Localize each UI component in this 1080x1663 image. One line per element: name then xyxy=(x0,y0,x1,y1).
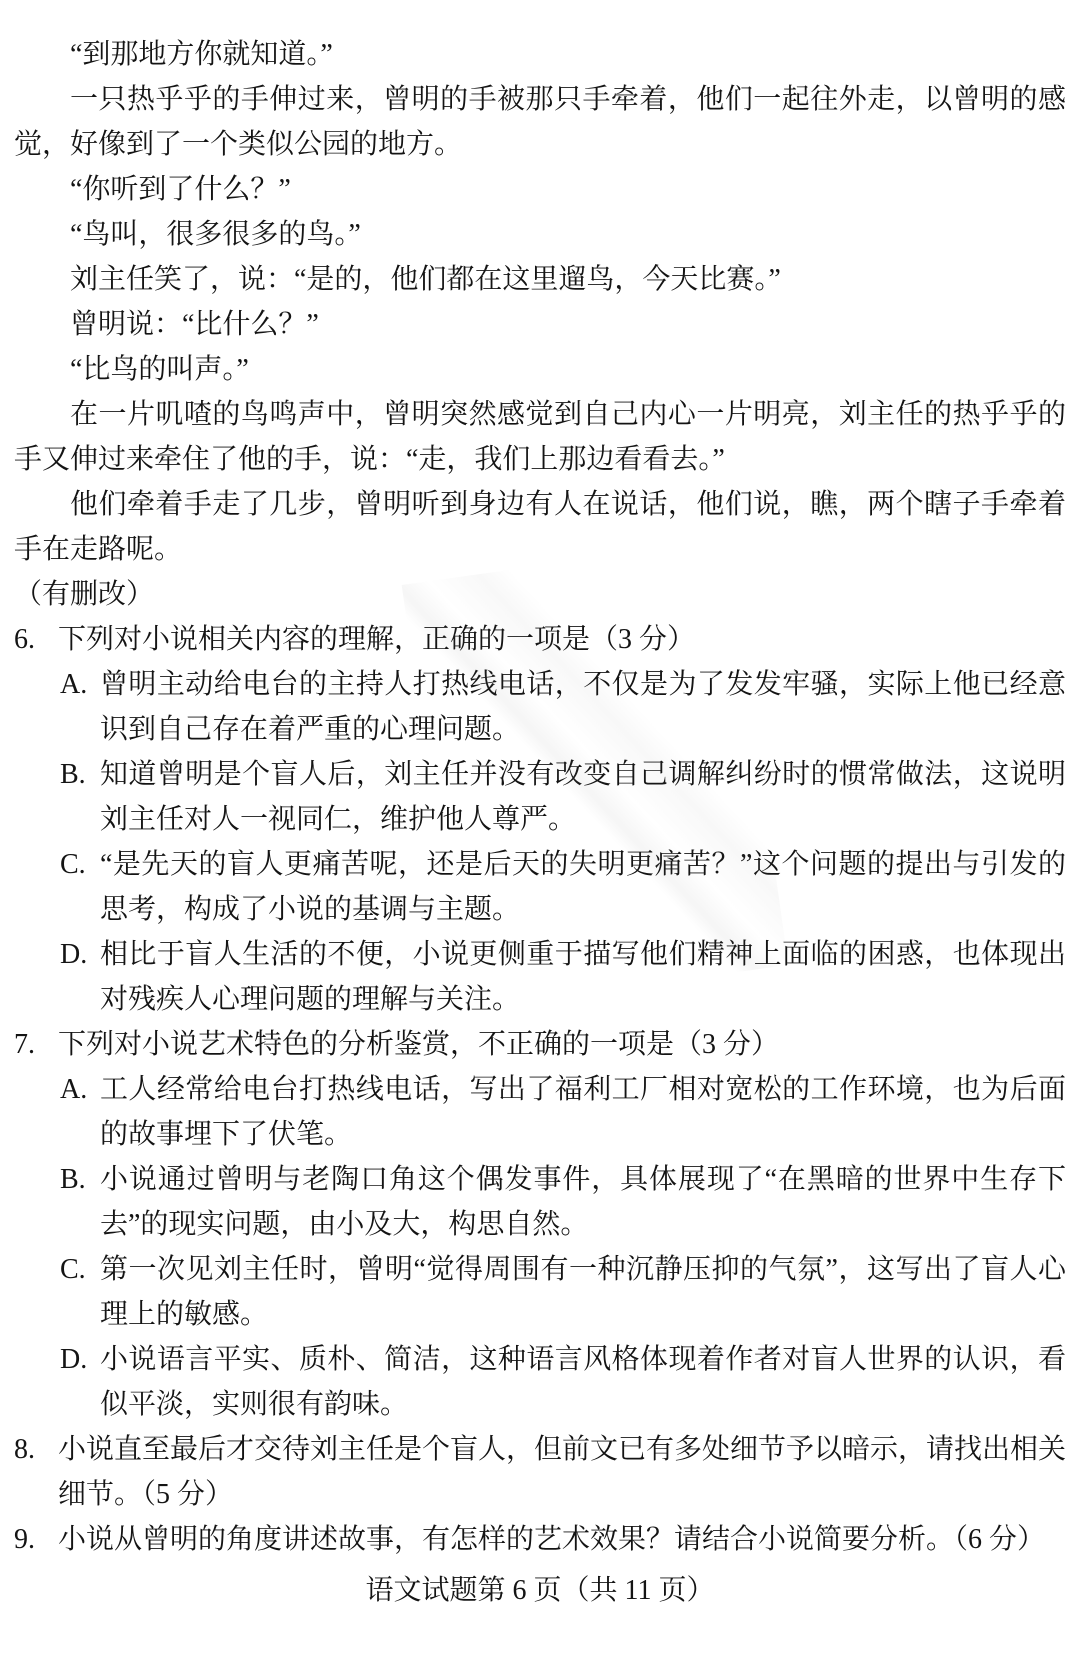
option-a: A. 曾明主动给电台的主持人打热线电话，不仅是为了发发牢骚，实际上他已经意识到自… xyxy=(60,662,1066,752)
option-d: D. 小说语言平实、质朴、简洁，这种语言风格体现着作者对盲人世界的认识，看似平淡… xyxy=(60,1337,1066,1427)
question-stem: 小说从曾明的角度讲述故事，有怎样的艺术效果？请结合小说简要分析。（6 分） xyxy=(58,1517,1066,1562)
option-text: 小说语言平实、质朴、简洁，这种语言风格体现着作者对盲人世界的认识，看似平淡，实则… xyxy=(100,1337,1066,1427)
question-stem: 小说直至最后才交待刘主任是个盲人，但前文已有多处细节予以暗示，请找出相关细节。（… xyxy=(58,1427,1066,1517)
option-text: 相比于盲人生活的不便，小说更侧重于描写他们精神上面临的困惑，也体现出对残疾人心理… xyxy=(100,932,1066,1022)
option-label: C. xyxy=(60,1247,100,1292)
question-stem: 下列对小说相关内容的理解，正确的一项是（3 分） xyxy=(58,617,1066,662)
passage-attribution: （有删改） xyxy=(14,572,1066,617)
question-6: 6. 下列对小说相关内容的理解，正确的一项是（3 分） A. 曾明主动给电台的主… xyxy=(14,617,1066,1022)
question-number: 9. xyxy=(14,1517,58,1562)
option-c: C. “是先天的盲人更痛苦呢，还是后天的失明更痛苦？”这个问题的提出与引发的思考… xyxy=(60,842,1066,932)
option-text: 曾明主动给电台的主持人打热线电话，不仅是为了发发牢骚，实际上他已经意识到自己存在… xyxy=(100,662,1066,752)
question-9: 9. 小说从曾明的角度讲述故事，有怎样的艺术效果？请结合小说简要分析。（6 分） xyxy=(14,1517,1066,1562)
question-number: 6. xyxy=(14,617,58,662)
passage-paragraph: 一只热乎乎的手伸过来，曾明的手被那只手牵着，他们一起往外走，以曾明的感觉，好像到… xyxy=(14,77,1066,167)
option-label: A. xyxy=(60,662,100,707)
option-text: 知道曾明是个盲人后，刘主任并没有改变自己调解纠纷时的惯常做法，这说明刘主任对人一… xyxy=(100,752,1066,842)
passage-paragraph: “你听到了什么？” xyxy=(14,167,1066,212)
option-text: 小说通过曾明与老陶口角这个偶发事件，具体展现了“在黑暗的世界中生存下去”的现实问… xyxy=(100,1157,1066,1247)
question-stem: 下列对小说艺术特色的分析鉴赏，不正确的一项是（3 分） xyxy=(58,1022,1066,1067)
question-8: 8. 小说直至最后才交待刘主任是个盲人，但前文已有多处细节予以暗示，请找出相关细… xyxy=(14,1427,1066,1517)
option-label: C. xyxy=(60,842,100,887)
option-text: “是先天的盲人更痛苦呢，还是后天的失明更痛苦？”这个问题的提出与引发的思考，构成… xyxy=(100,842,1066,932)
page-footer: 语文试题第 6 页（共 11 页） xyxy=(14,1568,1066,1613)
question-7: 7. 下列对小说艺术特色的分析鉴赏，不正确的一项是（3 分） A. 工人经常给电… xyxy=(14,1022,1066,1427)
passage-paragraph: “鸟叫，很多很多的鸟。” xyxy=(14,212,1066,257)
option-text: 第一次见刘主任时，曾明“觉得周围有一种沉静压抑的气氛”，这写出了盲人心理上的敏感… xyxy=(100,1247,1066,1337)
option-label: A. xyxy=(60,1067,100,1112)
option-label: D. xyxy=(60,932,100,977)
passage-paragraph: “比鸟的叫声。” xyxy=(14,347,1066,392)
exam-page: “到那地方你就知道。” 一只热乎乎的手伸过来，曾明的手被那只手牵着，他们一起往外… xyxy=(0,0,1080,1613)
option-a: A. 工人经常给电台打热线电话，写出了福利工厂相对宽松的工作环境，也为后面的故事… xyxy=(60,1067,1066,1157)
passage-paragraph: “到那地方你就知道。” xyxy=(14,32,1066,77)
option-label: B. xyxy=(60,1157,100,1202)
passage-paragraph: 他们牵着手走了几步，曾明听到身边有人在说话，他们说，瞧，两个瞎子手牵着手在走路呢… xyxy=(14,482,1066,572)
passage-paragraph: 在一片叽喳的鸟鸣声中，曾明突然感觉到自己内心一片明亮，刘主任的热乎乎的手又伸过来… xyxy=(14,392,1066,482)
passage-paragraph: 曾明说：“比什么？” xyxy=(14,302,1066,347)
reading-passage: “到那地方你就知道。” 一只热乎乎的手伸过来，曾明的手被那只手牵着，他们一起往外… xyxy=(14,32,1066,617)
passage-paragraph: 刘主任笑了，说：“是的，他们都在这里遛鸟，今天比赛。” xyxy=(14,257,1066,302)
option-d: D. 相比于盲人生活的不便，小说更侧重于描写他们精神上面临的困惑，也体现出对残疾… xyxy=(60,932,1066,1022)
option-b: B. 知道曾明是个盲人后，刘主任并没有改变自己调解纠纷时的惯常做法，这说明刘主任… xyxy=(60,752,1066,842)
option-b: B. 小说通过曾明与老陶口角这个偶发事件，具体展现了“在黑暗的世界中生存下去”的… xyxy=(60,1157,1066,1247)
option-label: B. xyxy=(60,752,100,797)
option-c: C. 第一次见刘主任时，曾明“觉得周围有一种沉静压抑的气氛”，这写出了盲人心理上… xyxy=(60,1247,1066,1337)
option-label: D. xyxy=(60,1337,100,1382)
question-number: 8. xyxy=(14,1427,58,1472)
option-text: 工人经常给电台打热线电话，写出了福利工厂相对宽松的工作环境，也为后面的故事埋下了… xyxy=(100,1067,1066,1157)
question-number: 7. xyxy=(14,1022,58,1067)
